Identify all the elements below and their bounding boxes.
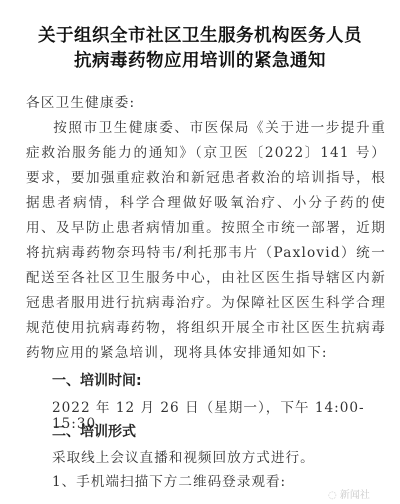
- section-2-text: 采取线上会议直播和视频回放方式进行。: [52, 446, 315, 466]
- section-2-heading: 二、培训形式: [52, 421, 136, 441]
- title-line-1: 关于组织全市社区卫生服务机构医务人员: [0, 24, 400, 49]
- section-2-item-1: 1、手机端扫描下方二维码登录观看:: [52, 470, 286, 490]
- body-paragraph: 按照市卫生健康委、市医保局《关于进一步提升重症救治服务能力的通知》（京卫医〔20…: [26, 116, 386, 366]
- section-1-heading: 一、培训时间:: [52, 370, 142, 390]
- salutation: 各区卫生健康委:: [26, 91, 386, 116]
- document-title: 关于组织全市社区卫生服务机构医务人员 抗病毒药物应用培训的紧急通知: [0, 24, 400, 74]
- watermark-logo: ◌ 新闻社: [328, 486, 370, 501]
- title-line-2: 抗病毒药物应用培训的紧急通知: [0, 49, 400, 74]
